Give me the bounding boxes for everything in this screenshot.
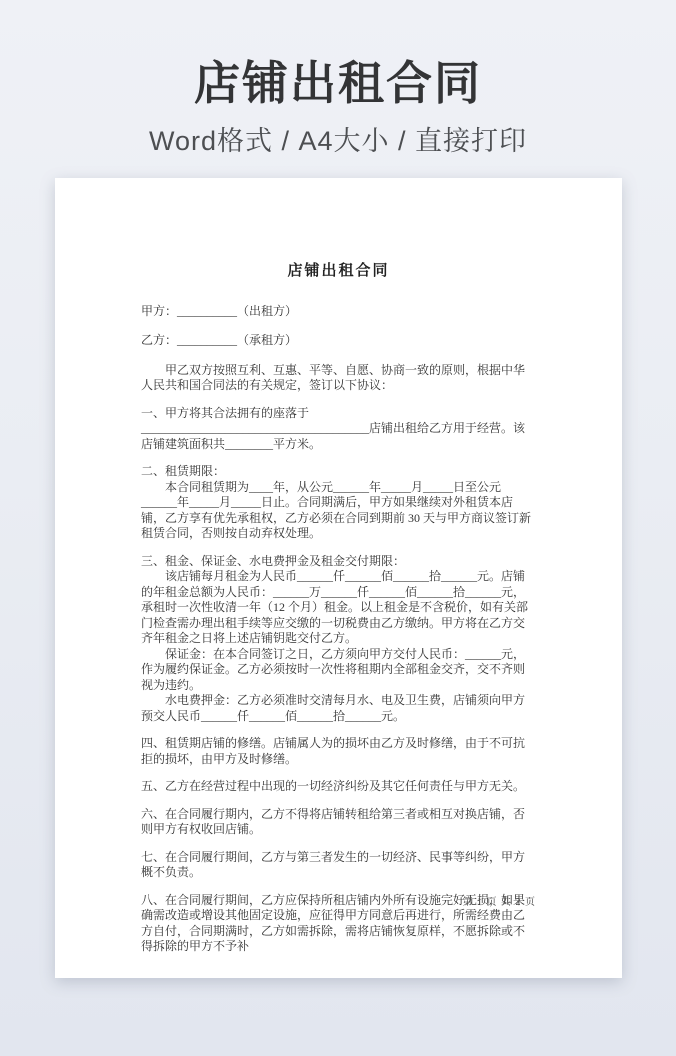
clause-3-deposit-paragraph: 保证金：在本合同签订之日，乙方须向甲方交付人民币：______元，作为履约保证金… bbox=[141, 647, 536, 694]
clause-7: 七、在合同履行期间，乙方与第三者发生的一切经济、民事等纠纷，甲方概不负责。 bbox=[141, 850, 536, 881]
clause-2-heading: 二、租赁期限： bbox=[141, 464, 536, 480]
page-number: 第 1 页 共 2 页 bbox=[463, 893, 537, 908]
clause-2: 二、租赁期限： 本合同租赁期为____年，从公元______年_____月___… bbox=[141, 464, 536, 542]
page-subtitle: Word格式 / A4大小 / 直接打印 bbox=[0, 119, 676, 158]
clause-3-heading: 三、租金、保证金、水电费押金及租金交付期限： bbox=[141, 554, 536, 570]
clause-3-rent-paragraph: 该店铺每月租金为人民币______仟______佰______拾______元。… bbox=[141, 569, 536, 647]
page-title: 店铺出租合同 bbox=[0, 58, 676, 109]
clause-3: 三、租金、保证金、水电费押金及租金交付期限： 该店铺每月租金为人民币______… bbox=[141, 554, 536, 725]
document-body: 店铺出租合同 甲方：__________（出租方） 乙方：__________（… bbox=[141, 264, 536, 955]
clause-2-body: 本合同租赁期为____年，从公元______年_____月_____日至公元__… bbox=[141, 480, 536, 542]
document-page: 店铺出租合同 甲方：__________（出租方） 乙方：__________（… bbox=[55, 178, 622, 978]
preamble-paragraph: 甲乙双方按照互利、互惠、平等、自愿、协商一致的原则，根据中华人民共和国合同法的有… bbox=[141, 363, 536, 394]
clause-1: 一、甲方将其合法拥有的座落于__________________________… bbox=[141, 406, 536, 453]
template-header: 店铺出租合同 Word格式 / A4大小 / 直接打印 bbox=[0, 0, 676, 158]
party-b-line: 乙方：__________（承租方） bbox=[141, 333, 536, 349]
clause-5: 五、乙方在经营过程中出现的一切经济纠纷及其它任何责任与甲方无关。 bbox=[141, 779, 536, 795]
clause-6: 六、在合同履行期内，乙方不得将店铺转租给第三者或相互对换店铺，否则甲方有权收回店… bbox=[141, 807, 536, 838]
clause-3-utility-paragraph: 水电费押金：乙方必须准时交清每月水、电及卫生费，店铺须向甲方预交人民币_____… bbox=[141, 693, 536, 724]
party-a-line: 甲方：__________（出租方） bbox=[141, 304, 536, 320]
clause-4: 四、租赁期店铺的修缮。店铺属人为的损坏由乙方及时修缮，由于不可抗拒的损坏，由甲方… bbox=[141, 736, 536, 767]
document-title: 店铺出租合同 bbox=[141, 264, 536, 280]
